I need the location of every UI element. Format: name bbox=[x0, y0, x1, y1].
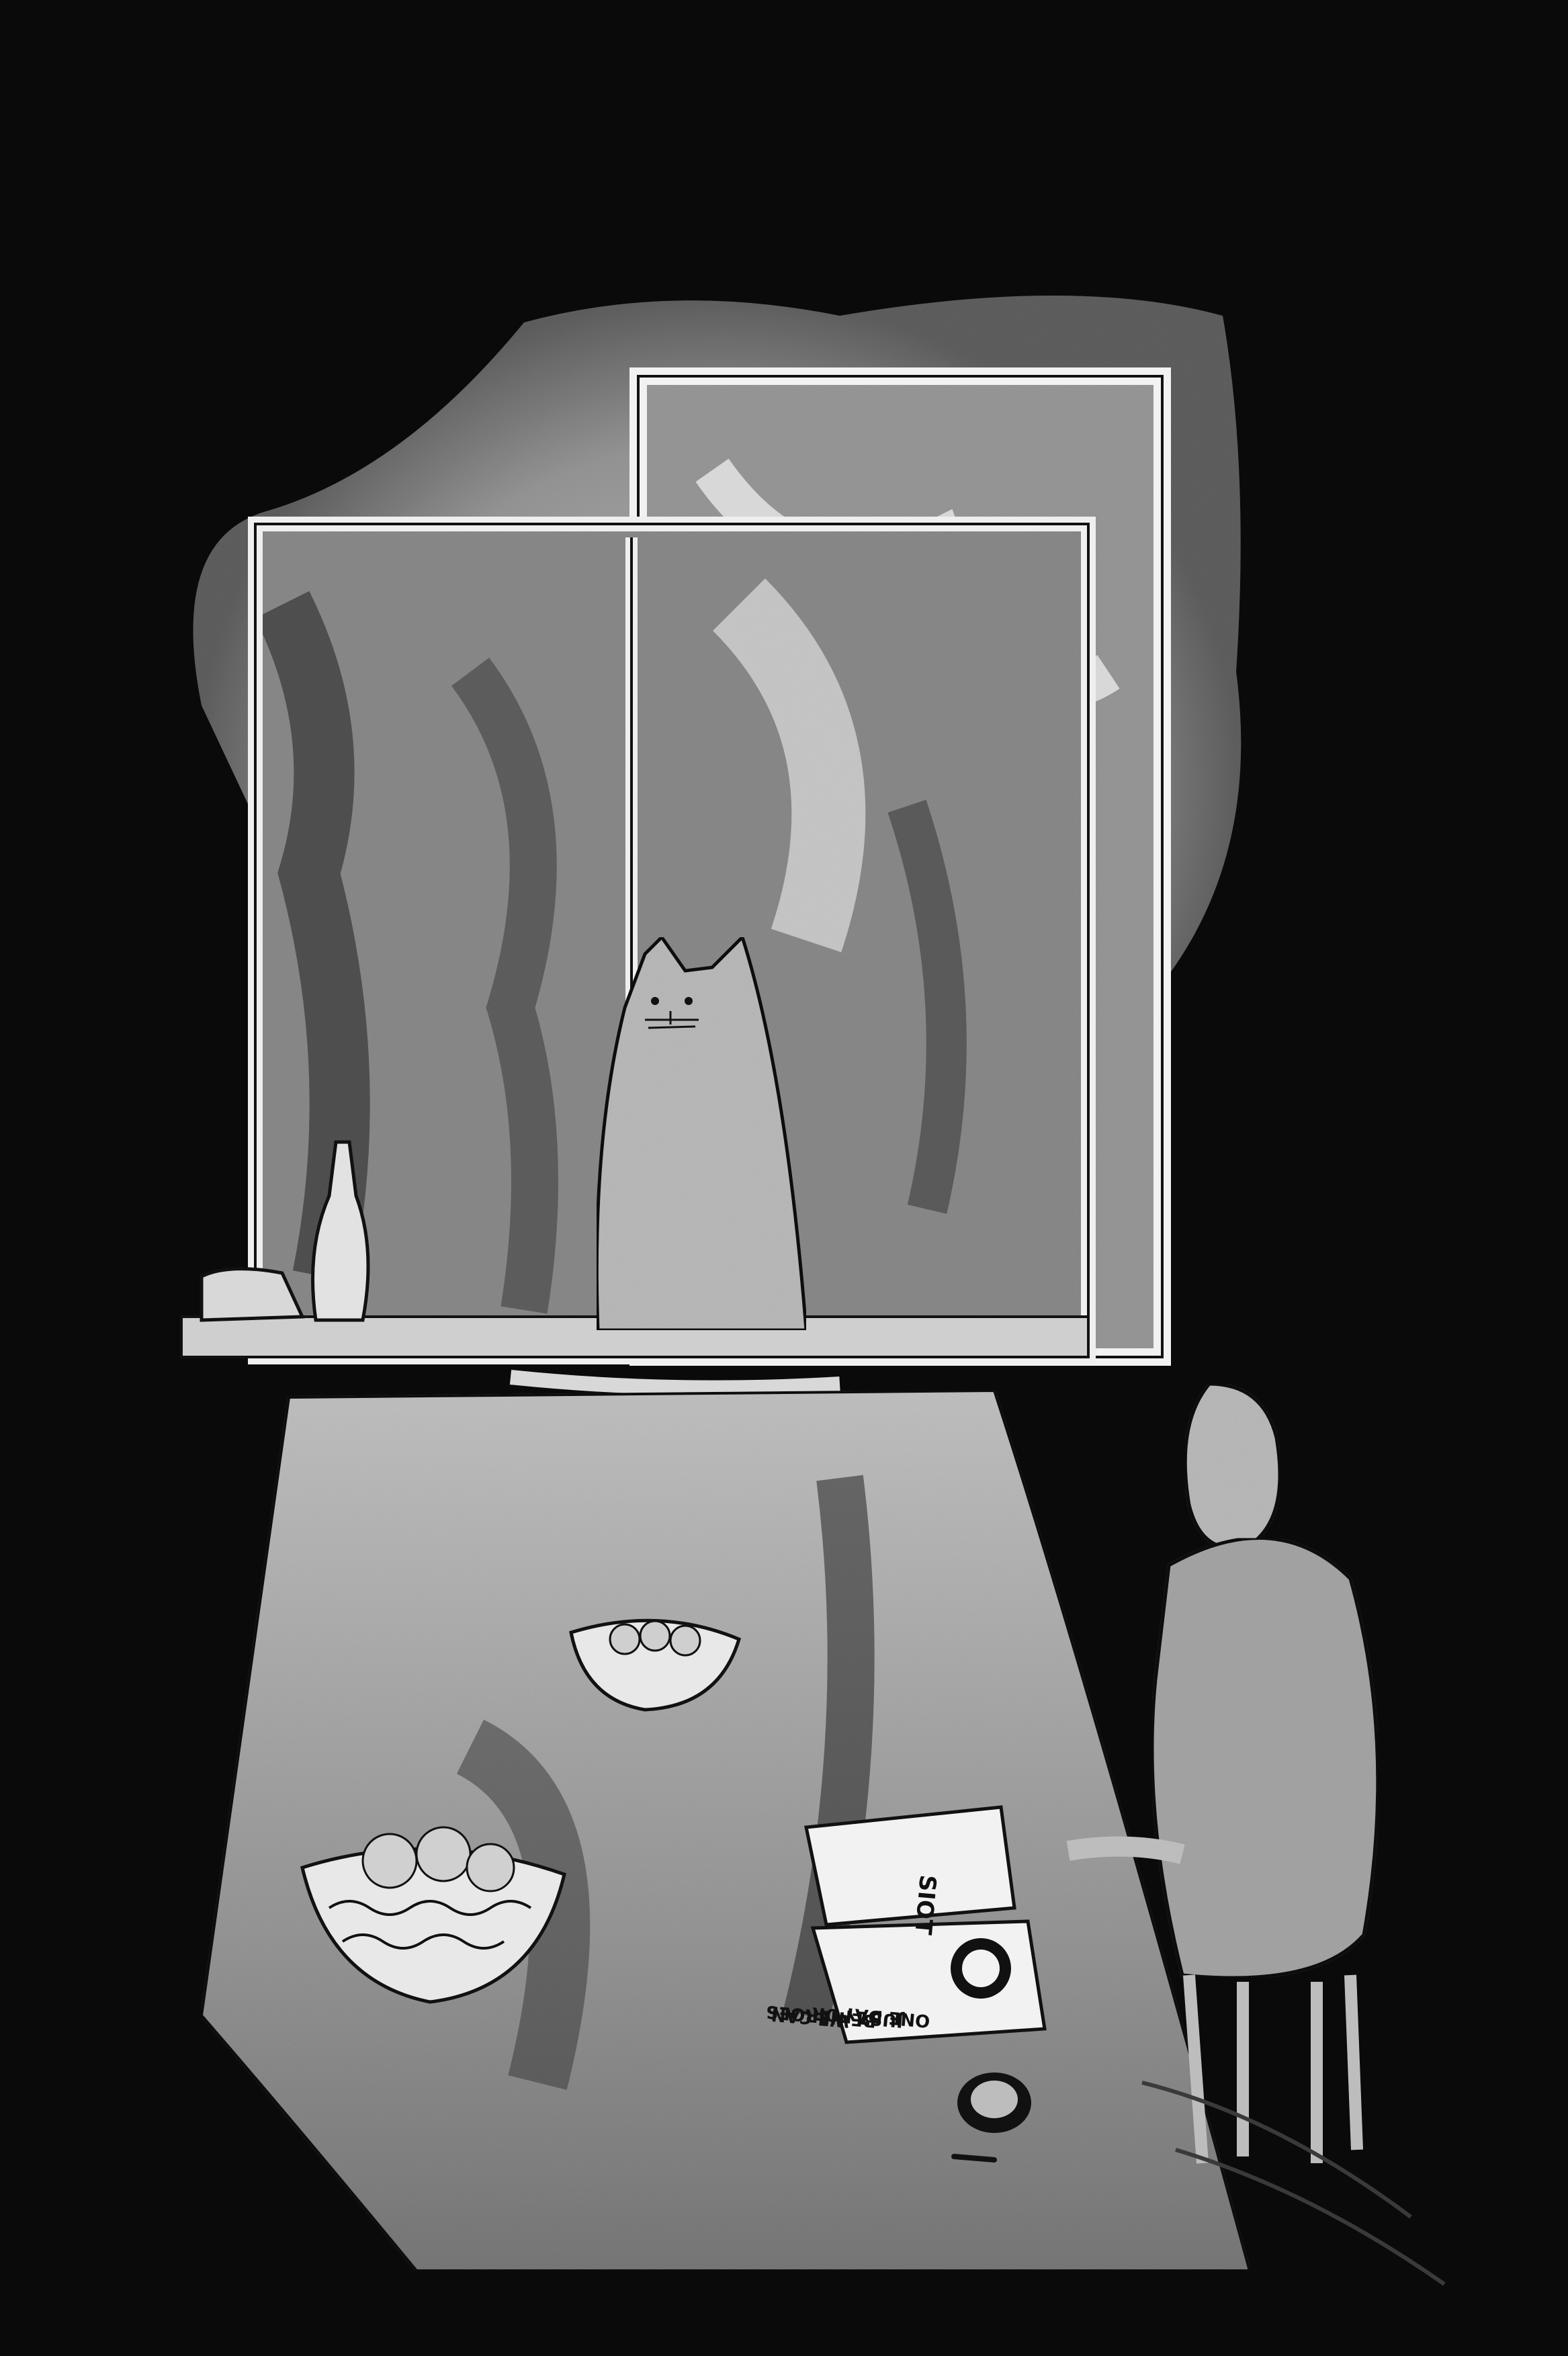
newspaper-headline-upper: SIOT bbox=[909, 1874, 941, 1936]
cup-and-saucer bbox=[957, 2073, 1031, 2133]
etching-artwork: SIOT WE CAN BE HEROES JUST FOR ONE DAY bbox=[0, 0, 1568, 2356]
spoon bbox=[954, 2156, 994, 2160]
